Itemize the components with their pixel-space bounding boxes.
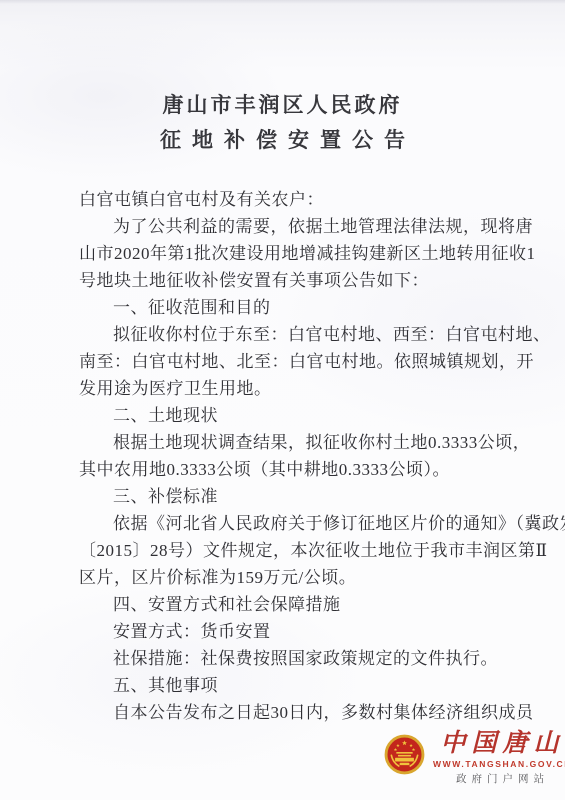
doc-line: 区片，区片价标准为159万元/公顷。 xyxy=(79,564,495,591)
doc-line: 南至：白官屯村地、北至：白官屯村地。依照城镇规划，开 xyxy=(79,348,495,375)
title-government-name: 唐山市丰润区人民政府 xyxy=(0,92,565,118)
doc-line: 拟征收你村位于东至：白官屯村地、西至：白官屯村地、 xyxy=(79,321,495,348)
doc-section-heading: 五、其他事项 xyxy=(79,672,495,699)
doc-line: 根据土地现状调查结果，拟征收你村土地0.3333公顷， xyxy=(79,429,495,456)
document-body: 白官屯镇白官屯村及有关农户： 为了公共利益的需要，依据土地管理法律法规，现将唐 … xyxy=(79,186,495,726)
doc-line: 自本公告发布之日起30日内，多数村集体经济组织成员 xyxy=(79,699,495,726)
doc-line: 安置方式：货币安置 xyxy=(79,618,495,645)
site-tagline-text: 政府门户网站 xyxy=(433,773,565,787)
scanned-document-page: 唐山市丰润区人民政府 征地补偿安置公告 白官屯镇白官屯村及有关农户： 为了公共利… xyxy=(0,0,565,800)
tangshan-gov-brand: 中国唐山 WWW.TANGSHAN.GOV.CN 政府门户网站 xyxy=(433,731,565,787)
doc-section-heading: 一、征收范围和目的 xyxy=(79,294,495,321)
china-national-emblem-icon xyxy=(384,734,425,775)
tangshan-gov-watermark: 中国唐山 WWW.TANGSHAN.GOV.CN 政府门户网站 xyxy=(384,731,556,793)
site-url-text: WWW.TANGSHAN.GOV.CN xyxy=(433,759,565,770)
doc-line: 其中农用地0.3333公顷（其中耕地0.3333公顷）。 xyxy=(79,456,495,483)
title-announcement-name: 征地补偿安置公告 xyxy=(0,127,565,153)
doc-line: 依据《河北省人民政府关于修订征地区片价的通知》（冀政发 xyxy=(79,510,495,537)
doc-line: 号地块土地征收补偿安置有关事项公告如下： xyxy=(79,267,495,294)
document-title: 唐山市丰润区人民政府 征地补偿安置公告 xyxy=(0,0,565,153)
doc-line: 社保措施：社保费按照国家政策规定的文件执行。 xyxy=(79,645,495,672)
doc-section-heading: 四、安置方式和社会保障措施 xyxy=(79,591,495,618)
site-name-text: 中国唐山 xyxy=(433,731,565,757)
doc-line: 发用途为医疗卫生用地。 xyxy=(79,375,495,402)
doc-line: 为了公共利益的需要，依据土地管理法律法规，现将唐 xyxy=(79,213,495,240)
doc-line-salutation: 白官屯镇白官屯村及有关农户： xyxy=(79,186,495,213)
doc-section-heading: 三、补偿标准 xyxy=(79,483,495,510)
doc-section-heading: 二、土地现状 xyxy=(79,402,495,429)
doc-line: 山市2020年第1批次建设用地增减挂钩建新区土地转用征收1 xyxy=(79,240,495,267)
doc-line: 〔2015〕28号）文件规定，本次征收土地位于我市丰润区第Ⅱ xyxy=(79,537,495,564)
